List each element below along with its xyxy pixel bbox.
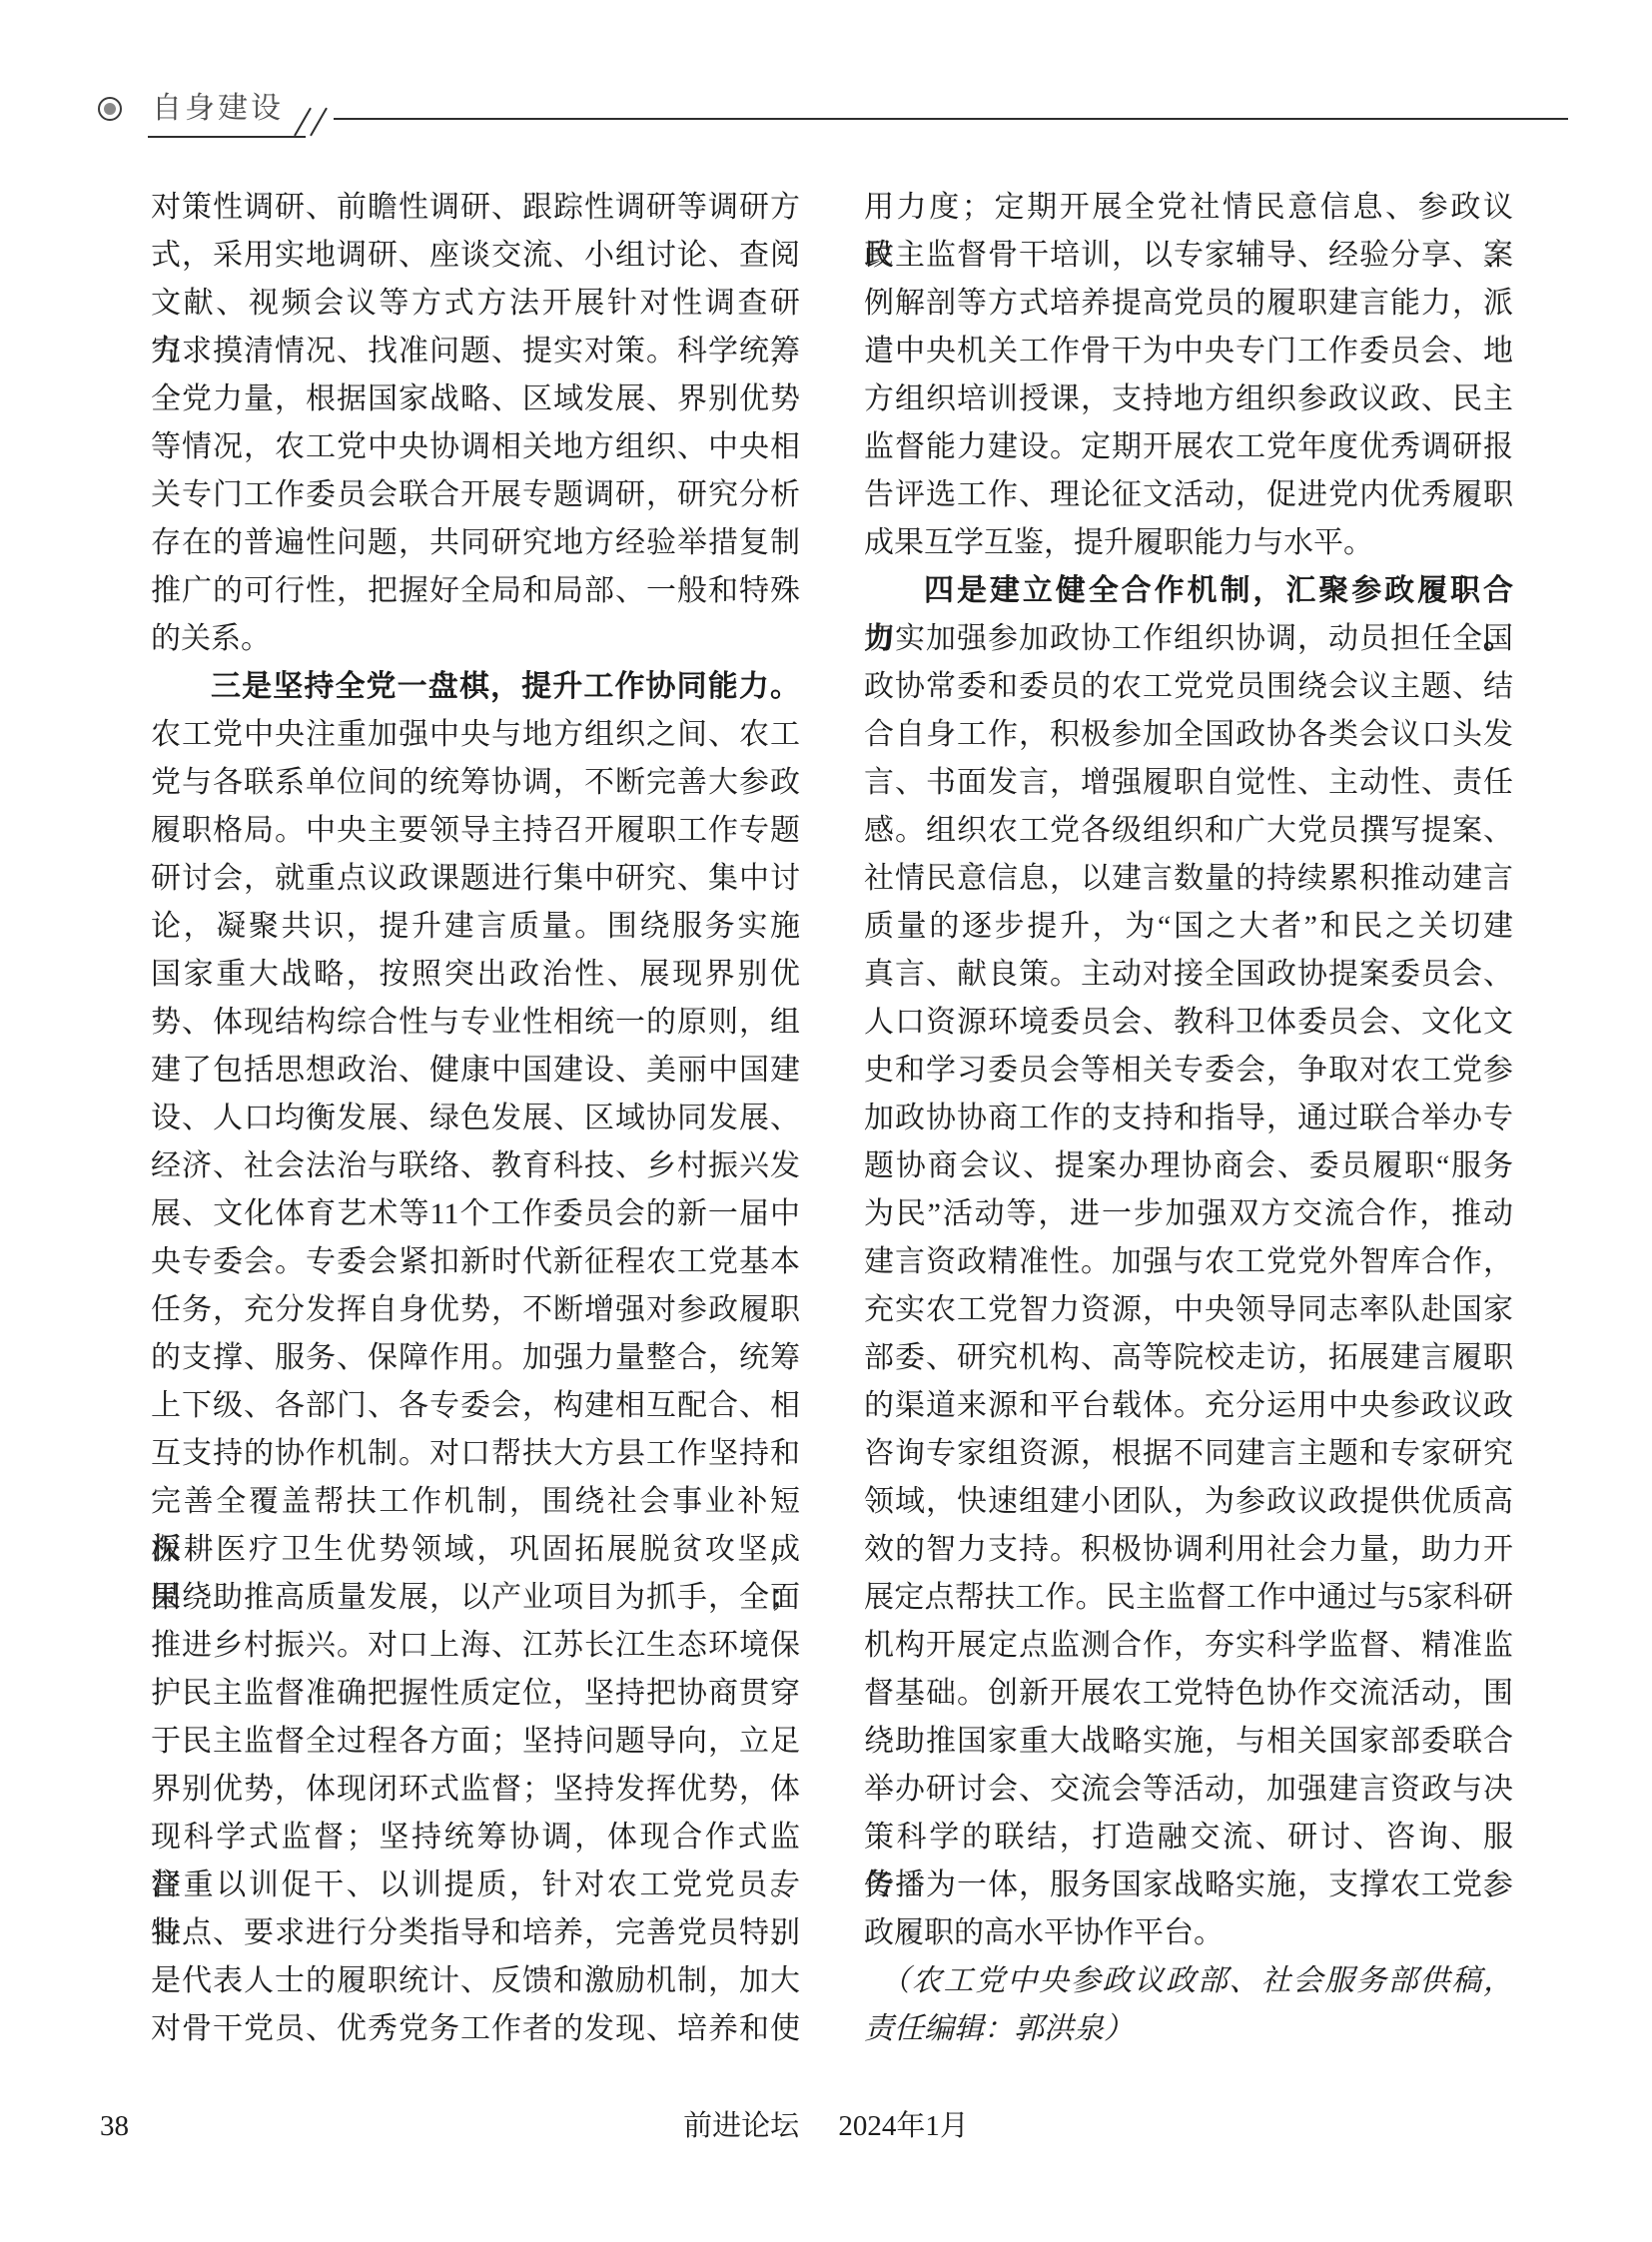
text-line: 对骨干党员、优秀党务工作者的发现、培养和使 — [151, 2005, 800, 2053]
text-line: 建言资政精准性。加强与农工党党外智库合作， — [864, 1238, 1513, 1286]
magazine-page: 自身建设 对策性调研、前瞻性调研、跟踪性调研等调研方式，采用实地调研、座谈交流、… — [0, 0, 1652, 2242]
text-line: 督基础。创新开展农工党特色协作交流活动，围 — [864, 1670, 1513, 1718]
text-line: 研讨会，就重点议政课题进行集中研究、集中讨 — [151, 855, 800, 903]
text-line: 存在的普遍性问题，共同研究地方经验举措复制 — [151, 519, 800, 567]
text-line: 人口资源环境委员会、教科卫体委员会、文化文 — [864, 999, 1513, 1047]
text-line: 履职格局。中央主要领导主持召开履职工作专题 — [151, 807, 800, 855]
text-line: 举办研讨会、交流会等活动，加强建言资政与决 — [864, 1766, 1513, 1814]
text-line: 成果互学互鉴，提升履职能力与水平。 — [864, 519, 1513, 567]
section-title: 自身建设 — [152, 92, 284, 126]
text-line: 全党力量，根据国家战略、区域发展、界别优势 — [151, 375, 800, 423]
text-line: 绕助推国家重大战略实施，与相关国家部委联合 — [864, 1718, 1513, 1766]
article-column-right: 用力度；定期开展全党社情民意信息、参政议政、民主监督骨干培训，以专家辅导、经验分… — [864, 184, 1513, 2053]
text-line: 用力度；定期开展全党社情民意信息、参政议政、 — [864, 184, 1513, 232]
text-line: 为民”活动等，进一步加强双方交流合作，推动 — [864, 1190, 1513, 1238]
text-line: 加政协协商工作的支持和指导，通过联合举办专 — [864, 1095, 1513, 1142]
header-slash-decoration — [310, 108, 328, 137]
text-line: 力求摸清情况、找准问题、提实对策。科学统筹 — [151, 328, 800, 375]
footer: 前进论坛 2024年1月 — [0, 2109, 1652, 2143]
text-line: 特点、要求进行分类指导和培养，完善党员特别 — [151, 1909, 800, 1957]
text-line: 国家重大战略，按照突出政治性、展现界别优 — [151, 951, 800, 999]
text-line: 围绕助推高质量发展，以产业项目为抓手，全面 — [151, 1574, 800, 1622]
text-line: 经济、社会法治与联络、教育科技、乡村振兴发 — [151, 1142, 800, 1190]
text-line: 责任编辑：郭洪泉） — [864, 2005, 1513, 2053]
text-line: 效的智力支持。积极协调利用社会力量，助力开 — [864, 1526, 1513, 1574]
text-line: 充实农工党智力资源，中央领导同志率队赴国家 — [864, 1286, 1513, 1334]
text-line: 于民主监督全过程各方面；坚持问题导向，立足 — [151, 1718, 800, 1766]
text-line: 领域，快速组建小团队，为参政议政提供优质高 — [864, 1478, 1513, 1526]
bullseye-icon — [98, 97, 122, 121]
text-line: 传播为一体，服务国家战略实施，支撑农工党参 — [864, 1862, 1513, 1909]
article-column-left: 对策性调研、前瞻性调研、跟踪性调研等调研方式，采用实地调研、座谈交流、小组讨论、… — [151, 184, 800, 2053]
text-line: 质量的逐步提升，为“国之大者”和民之关切建 — [864, 903, 1513, 951]
text-line: 关专门工作委员会联合开展专题调研，研究分析 — [151, 471, 800, 519]
text-line: 民主监督骨干培训，以专家辅导、经验分享、案 — [864, 232, 1513, 280]
text-line: 言、书面发言，增强履职自觉性、主动性、责任 — [864, 759, 1513, 807]
text-line: 党与各联系单位间的统筹协调，不断完善大参政 — [151, 759, 800, 807]
text-line: 对策性调研、前瞻性调研、跟踪性调研等调研方 — [151, 184, 800, 232]
text-line: 央专委会。专委会紧扣新时代新征程农工党基本 — [151, 1238, 800, 1286]
text-line: 护民主监督准确把握性质定位，坚持把协商贯穿 — [151, 1670, 800, 1718]
text-line: 社情民意信息，以建言数量的持续累积推动建言 — [864, 855, 1513, 903]
text-line: 注重以训促干、以训提质，针对农工党党员专业、 — [151, 1862, 800, 1909]
text-line: 深耕医疗卫生优势领域，巩固拓展脱贫攻坚成果； — [151, 1526, 800, 1574]
text-line: 上下级、各部门、各专委会，构建相互配合、相 — [151, 1382, 800, 1430]
header-rule — [334, 118, 1568, 120]
section-title-underline — [148, 136, 306, 138]
text-line: 遣中央机关工作骨干为中央专门工作委员会、地 — [864, 328, 1513, 375]
text-line: 的支撑、服务、保障作用。加强力量整合，统筹 — [151, 1334, 800, 1382]
text-line: 展、文化体育艺术等11个工作委员会的新一届中 — [151, 1190, 800, 1238]
text-line: 势、体现结构综合性与专业性相统一的原则，组 — [151, 999, 800, 1047]
text-line: 设、人口均衡发展、绿色发展、区域协同发展、 — [151, 1095, 800, 1142]
text-line: 现科学式监督；坚持统筹协调，体现合作式监督。 — [151, 1814, 800, 1862]
text-line: 感。组织农工党各级组织和广大党员撰写提案、 — [864, 807, 1513, 855]
text-line: 策科学的联结，打造融交流、研讨、咨询、服务、 — [864, 1814, 1513, 1862]
text-line: 咨询专家组资源，根据不同建言主题和专家研究 — [864, 1430, 1513, 1478]
text-line: 史和学习委员会等相关专委会，争取对农工党参 — [864, 1047, 1513, 1095]
text-line: 机构开展定点监测合作，夯实科学监督、精准监 — [864, 1622, 1513, 1670]
text-line: 政协常委和委员的农工党党员围绕会议主题、结 — [864, 663, 1513, 711]
text-line: 等情况，农工党中央协调相关地方组织、中央相 — [151, 423, 800, 471]
text-line: 切实加强参加政协工作组织协调，动员担任全国 — [864, 615, 1513, 663]
text-line: 例解剖等方式培养提高党员的履职建言能力，派 — [864, 280, 1513, 328]
text-line: 任务，充分发挥自身优势，不断增强对参政履职 — [151, 1286, 800, 1334]
text-line: 合自身工作，积极参加全国政协各类会议口头发 — [864, 711, 1513, 759]
text-line: 式，采用实地调研、座谈交流、小组讨论、查阅 — [151, 232, 800, 280]
text-line: 监督能力建设。定期开展农工党年度优秀调研报 — [864, 423, 1513, 471]
journal-name: 前进论坛 — [683, 2110, 799, 2142]
text-line: 推进乡村振兴。对口上海、江苏长江生态环境保 — [151, 1622, 800, 1670]
text-line: 展定点帮扶工作。民主监督工作中通过与5家科研 — [864, 1574, 1513, 1622]
text-line: 告评选工作、理论征文活动，促进党内优秀履职 — [864, 471, 1513, 519]
text-line: 建了包括思想政治、健康中国建设、美丽中国建 — [151, 1047, 800, 1095]
paragraph-heading-line: 三是坚持全党一盘棋，提升工作协同能力。 — [151, 663, 800, 711]
text-line: 论，凝聚共识，提升建言质量。围绕服务实施 — [151, 903, 800, 951]
text-line: （农工党中央参政议政部、社会服务部供稿， — [864, 1957, 1513, 2005]
text-line: 方组织培训授课，支持地方组织参政议政、民主 — [864, 375, 1513, 423]
text-line: 真言、献良策。主动对接全国政协提案委员会、 — [864, 951, 1513, 999]
bullseye-icon-dot — [104, 103, 116, 115]
text-line: 界别优势，体现闭环式监督；坚持发挥优势，体 — [151, 1766, 800, 1814]
text-line: 推广的可行性，把握好全局和局部、一般和特殊 — [151, 567, 800, 615]
text-line: 政履职的高水平协作平台。 — [864, 1909, 1513, 1957]
text-line: 完善全覆盖帮扶工作机制，围绕社会事业补短板， — [151, 1478, 800, 1526]
text-line: 农工党中央注重加强中央与地方组织之间、农工 — [151, 711, 800, 759]
text-line: 题协商会议、提案办理协商会、委员履职“服务 — [864, 1142, 1513, 1190]
text-line: 互支持的协作机制。对口帮扶大方县工作坚持和 — [151, 1430, 800, 1478]
paragraph-heading-line: 四是建立健全合作机制，汇聚参政履职合力。 — [864, 567, 1513, 615]
text-line: 部委、研究机构、高等院校走访，拓展建言履职 — [864, 1334, 1513, 1382]
text-line: 文献、视频会议等方式方法开展针对性调查研究， — [151, 280, 800, 328]
text-line: 的关系。 — [151, 615, 800, 663]
text-line: 的渠道来源和平台载体。充分运用中央参政议政 — [864, 1382, 1513, 1430]
header-slash-decoration — [294, 108, 312, 137]
issue-date: 2024年1月 — [838, 2110, 969, 2142]
text-line: 是代表人士的履职统计、反馈和激励机制，加大 — [151, 1957, 800, 2005]
